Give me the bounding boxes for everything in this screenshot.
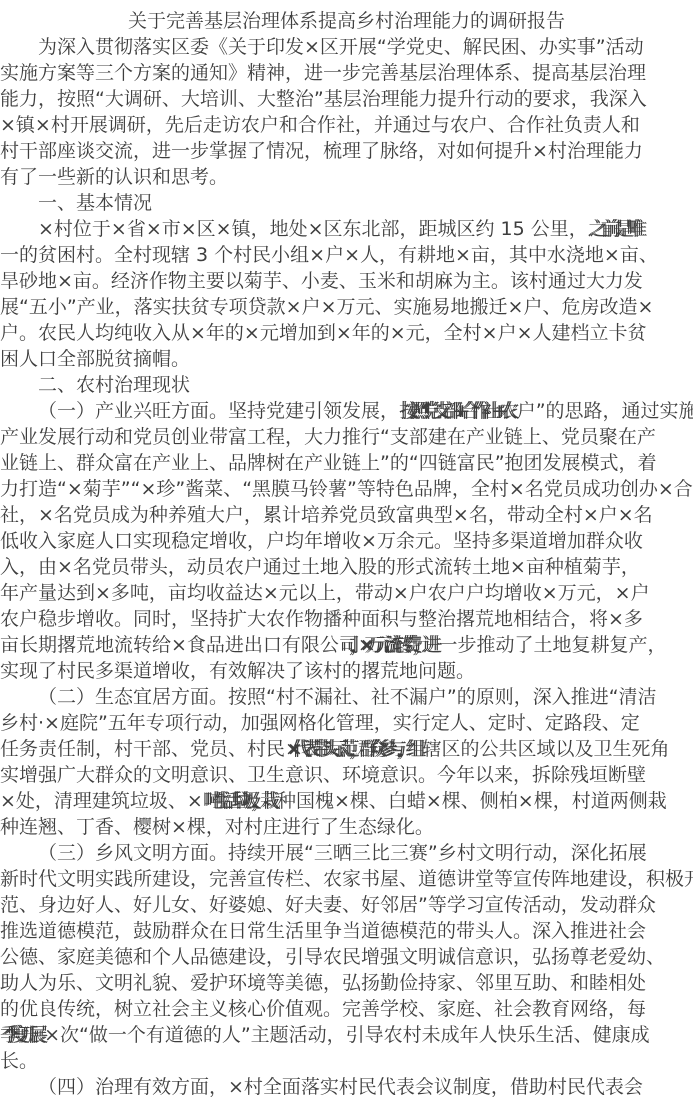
text-line: 户。农民人均纯收入从×年的×元增加到×年的×元，全村×户×人建档立卡贫	[0, 320, 693, 346]
text-run: 有了一些新的认识和思考。	[0, 166, 228, 188]
text-run: 户”的思路，通过实施	[517, 400, 693, 422]
text-run: 年产量达到×多吨，亩均收益达×元以上，带动×户农户户均增收×万元，×户	[0, 582, 650, 604]
text-line: 旱砂地×亩。经济作物主要以菊芋、小麦、玉米和胡麻为主。该村通过大力发	[0, 268, 693, 294]
text-run: 业链上、群众富在产业上、品牌树在产业链上”的“四链富民”抱团发展模式，着	[0, 452, 657, 474]
text-line: （四）治理有效方面，×村全面落实村民代表会议制度，借助村民代表会	[0, 1074, 693, 1097]
text-run: 户。农民人均纯收入从×年的×元增加到×年的×元，全村×户×人建档立卡贫	[0, 322, 647, 344]
text-run: 入，由×名党员带头，动员农户通过土地入股的形式流转土地×亩种植菊芋，	[0, 556, 640, 578]
text-line: 业链上、群众富在产业上、品牌树在产业链上”的“四链富民”抱团发展模式，着	[0, 450, 693, 476]
text-line: ×镇×村开展调研，先后走访农户和合作社，并通过与农户、合作社负责人和	[0, 112, 693, 138]
text-line: 新时代文明实践所建设，完善宣传栏、农家书屋、道德讲堂等宣传阵地建设，积极开展“道…	[0, 866, 693, 892]
text-run: 能力，按照“大调研、大培训、大整治”基层治理能力提升行动的要求，我深入	[0, 88, 647, 110]
text-line: 助人为乐、文明礼貌、爱护环境等美德，弘扬勤俭持家、邻里互助、和睦相处	[0, 970, 693, 996]
text-line: 乡村·×庭院”五年专项行动，加强网格化管理，实行定人、定时、定路段、定	[0, 710, 693, 736]
text-line: 二、农村治理现状	[0, 372, 693, 398]
text-line: 为深入贯彻落实区委《关于印发×区开展“学党史、解民困、办实事”活动	[0, 34, 693, 60]
text-line: 一、基本情况	[0, 190, 693, 216]
text-line: 季度开展×次“做一个有道德的人”主题活动，引导农村未成年人快乐生活、健康成	[0, 1022, 693, 1048]
squeezed-text-run: 之前是唯	[588, 216, 640, 242]
text-run: 农户稳步增收。同时，坚持扩大农作物播种面积与整治撂荒地相结合，将×多	[0, 608, 643, 630]
text-run: ×村位于×省×市×区×镇，地处×区东北部，距城区约 15 公里，	[38, 218, 588, 240]
text-run: 范、身边好人、好儿女、好婆媳、好夫妻、好邻居”等学习宣传活动，发动群众	[0, 894, 656, 916]
text-line: 实施方案等三个方案的通知》精神，进一步完善基层治理体系、提高基层治理	[0, 60, 693, 86]
text-run: （一）产业兴旺方面。坚持党建引领发展，	[38, 400, 399, 422]
text-run: 公德、家庭美德和个人品德建设，引导农民增强文明诚信意识，弘扬尊老爱幼、	[0, 946, 665, 968]
document-title: 关于完善基层治理体系提高乡村治理能力的调研报告	[0, 8, 693, 34]
text-line: 困人口全部脱贫摘帽。	[0, 346, 693, 372]
document-page: 关于完善基层治理体系提高乡村治理能力的调研报告 为深入贯彻落实区委《关于印发×区…	[0, 0, 693, 1097]
text-run: 旱砂地×亩。经济作物主要以菊芋、小麦、玉米和胡麻为主。该村通过大力发	[0, 270, 643, 292]
text-line: 推选道德模范，鼓励群众在日常生活里争当道德模范的带头人。深入推进社会	[0, 918, 693, 944]
text-run: 新时代文明实践所建设，完善宣传栏、农家书屋、道德讲堂等宣传阵地建设，积极开展“道…	[0, 868, 693, 890]
squeezed-text-run: 按照“党支部+合作社+农	[399, 398, 509, 424]
squeezed-text-run: ×代表带头示范，群众参与，组	[285, 736, 415, 762]
text-run: 困人口全部脱贫摘帽。	[0, 348, 190, 370]
text-run: 二、农村治理现状	[38, 374, 190, 396]
text-run: ×处，清理建筑垃圾、×	[0, 790, 203, 812]
text-line: 入，由×名党员带头，动员农户通过土地入股的形式流转土地×亩种植菊芋，	[0, 554, 693, 580]
text-run: （三）乡风文明方面。持续开展“三晒三比三赛”乡村文明行动，深化拓展	[38, 842, 647, 864]
text-run: 亩长期撂荒地流转给×食品进出口有限公	[0, 634, 339, 656]
text-run: 产业发展行动和党员创业带富工程，大力推行“支部建在产业链上、党员聚在产	[0, 426, 656, 448]
text-line: 低收入家庭人口实现稳定增收，户均年增收×万余元。坚持多渠道增加群众收	[0, 528, 693, 554]
text-line: 农户稳步增收。同时，坚持扩大农作物播种面积与整治撂荒地相结合，将×多	[0, 606, 693, 632]
text-line: 产业发展行动和党员创业带富工程，大力推行“支部建在产业链上、党员聚在产	[0, 424, 693, 450]
text-run: 辖区的公共区域以及卫生死角	[423, 738, 670, 760]
text-run: 低收入家庭人口实现稳定增收，户均年增收×万余元。坚持多渠道增加群众收	[0, 530, 643, 552]
document-body: 为深入贯彻落实区委《关于印发×区开展“学党史、解民困、办实事”活动实施方案等三个…	[0, 34, 693, 1097]
text-run: 实现了村民多渠道增收，有效解决了该村的撂荒地问题。	[0, 660, 475, 682]
text-run: （四）治理有效方面，×村全面落实村民代表会议制度，借助村民代表会	[38, 1076, 643, 1097]
text-line: 实现了村民多渠道增收，有效解决了该村的撂荒地问题。	[0, 658, 693, 684]
text-line: 展“五小”产业，落实扶贫专项贷款×户×万元、实施易地搬迁×户、危房改造×	[0, 294, 693, 320]
text-line: 公德、家庭美德和个人品德建设，引导农民增强文明诚信意识，弘扬尊老爱幼、	[0, 944, 693, 970]
text-run: 推选道德模范，鼓励群众在日常生活里争当道德模范的带头人。深入推进社会	[0, 920, 646, 942]
text-line: （三）乡风文明方面。持续开展“三晒三比三赛”乡村文明行动，深化拓展	[0, 840, 693, 866]
text-line: 村干部座谈交流，进一步掌握了情况，梳理了脉络，对如何提升×村治理能力	[0, 138, 693, 164]
squeezed-text-run: 吨生活垃圾，栽	[203, 788, 270, 814]
text-line: （二）生态宜居方面。按照“村不漏社、社不漏户”的原则，深入推进“清洁	[0, 684, 693, 710]
text-line: 范、身边好人、好儿女、好婆媳、好夫妻、好邻居”等学习宣传活动，发动群众	[0, 892, 693, 918]
text-run: 力打造“×菊芋”“×珍”酱菜、“黑膜马铃薯”等特色品牌，全村×名党员成功创办×合…	[0, 478, 693, 500]
text-line: ×村位于×省×市×区×镇，地处×区东北部，距城区约 15 公里，之前是唯	[0, 216, 693, 242]
text-line: 社，×名党员成为种养殖大户，累计培养党员致富典型×名，带动全村×户×名	[0, 502, 693, 528]
text-line: 的优良传统，树立社会主义核心价值观。完善学校、家庭、社会教育网络，每	[0, 996, 693, 1022]
text-run: 为深入贯彻落实区委《关于印发×区开展“学党史、解民困、办实事”活动	[38, 36, 644, 58]
text-run: 展“五小”产业，落实扶贫专项贷款×户×万元、实施易地搬迁×户、危房改造×	[0, 296, 653, 318]
text-run: 实增强广大群众的文明意识、卫生意识、环境意识。今年以来，拆除残垣断壁	[0, 764, 646, 786]
text-run: 种国槐×棵、白蜡×棵、侧柏×棵，村道两侧栽	[277, 790, 667, 812]
squeezed-text-run: 季度开展	[0, 1022, 36, 1048]
text-run: ×次“做一个有道德的人”主题活动，引导农村未成年人快乐生活、健康成	[44, 1024, 650, 1046]
text-line: ×处，清理建筑垃圾、×吨生活垃圾，栽种国槐×棵、白蜡×棵、侧柏×棵，村道两侧栽	[0, 788, 693, 814]
text-line: 任务责任制，村干部、党员、村民×代表带头示范，群众参与，组辖区的公共区域以及卫生…	[0, 736, 693, 762]
text-line: 有了一些新的认识和思考。	[0, 164, 693, 190]
text-run: 种连翘、丁香、樱树×棵，对村庄进行了生态绿化。	[0, 816, 434, 838]
text-run: 实施方案等三个方案的通知》精神，进一步完善基层治理体系、提高基层治理	[0, 62, 646, 84]
text-line: 亩长期撂荒地流转给×食品进出口有限公司，×万元流转费，进一步推动了土地复耕复产，	[0, 632, 693, 658]
text-run: 的优良传统，树立社会主义核心价值观。完善学校、家庭、社会教育网络，每	[0, 998, 646, 1020]
text-run: 村干部座谈交流，进一步掌握了情况，梳理了脉络，对如何提升×村治理能力	[0, 140, 643, 162]
squeezed-text-run: 司，×万元流转费，进	[339, 632, 431, 658]
text-run: 长。	[0, 1050, 38, 1072]
text-run: 助人为乐、文明礼貌、爱护环境等美德，弘扬勤俭持家、邻里互助、和睦相处	[0, 972, 646, 994]
text-line: 长。	[0, 1048, 693, 1074]
text-line: 能力，按照“大调研、大培训、大整治”基层治理能力提升行动的要求，我深入	[0, 86, 693, 112]
text-run: 乡村·×庭院”五年专项行动，加强网格化管理，实行定人、定时、定路段、定	[0, 712, 640, 734]
text-run: 一的贫困村。全村现辖 3 个村民小组×户×人，有耕地×亩，其中水浇地×亩、	[0, 244, 658, 266]
text-line: 种连翘、丁香、樱树×棵，对村庄进行了生态绿化。	[0, 814, 693, 840]
text-line: 实增强广大群众的文明意识、卫生意识、环境意识。今年以来，拆除残垣断壁	[0, 762, 693, 788]
text-run: （二）生态宜居方面。按照“村不漏社、社不漏户”的原则，深入推进“清洁	[38, 686, 657, 708]
text-run: 任务责任制，村干部、党员、村民	[0, 738, 285, 760]
text-run: 一步推动了土地复耕复产，	[438, 634, 666, 656]
text-line: 年产量达到×多吨，亩均收益达×元以上，带动×户农户户均增收×万元，×户	[0, 580, 693, 606]
text-line: 力打造“×菊芋”“×珍”酱菜、“黑膜马铃薯”等特色品牌，全村×名党员成功创办×合…	[0, 476, 693, 502]
text-line: （一）产业兴旺方面。坚持党建引领发展，按照“党支部+合作社+农户”的思路，通过实…	[0, 398, 693, 424]
text-run: 一、基本情况	[38, 192, 152, 214]
text-line: 一的贫困村。全村现辖 3 个村民小组×户×人，有耕地×亩，其中水浇地×亩、	[0, 242, 693, 268]
text-run: 社，×名党员成为种养殖大户，累计培养党员致富典型×名，带动全村×户×名	[0, 504, 653, 526]
text-run: ×镇×村开展调研，先后走访农户和合作社，并通过与农户、合作社负责人和	[0, 114, 640, 136]
